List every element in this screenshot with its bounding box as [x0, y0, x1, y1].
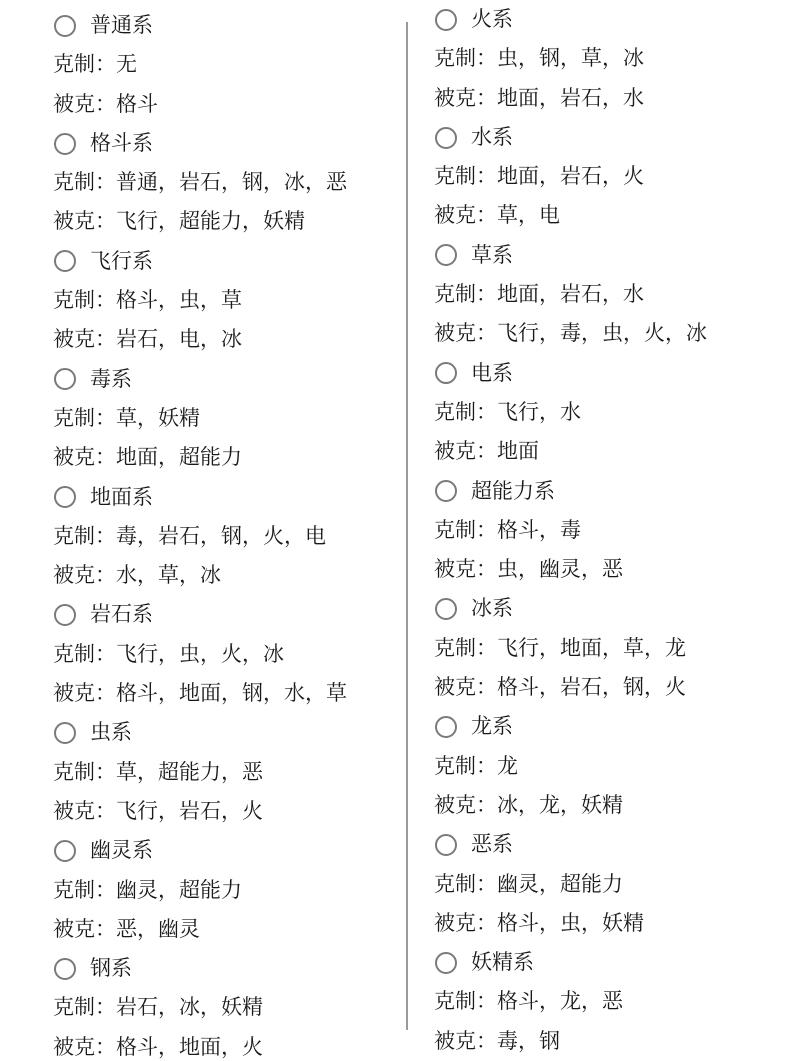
type-name: 火系 [471, 0, 513, 39]
type-heading: 水系 [434, 118, 707, 157]
counter-values: 地面，岩石，火 [497, 164, 644, 188]
weak-values: 格斗，虫，妖精 [497, 911, 644, 935]
weak-line: 被克：地面 [434, 432, 707, 471]
type-entry: 水系 克制：地面，岩石，火 被克：草，电 [434, 118, 707, 236]
weak-line: 被克：地面，岩石，水 [434, 79, 707, 118]
counter-values: 飞行，虫，火，冰 [116, 642, 284, 666]
radio-circle-icon[interactable] [54, 958, 76, 980]
type-name: 超能力系 [471, 472, 555, 511]
weak-label: 被克： [53, 799, 116, 823]
counter-label: 克制： [53, 288, 116, 312]
type-name: 水系 [471, 118, 513, 157]
weak-values: 毒，钢 [497, 1029, 560, 1053]
counter-values: 普通，岩石，钢，冰，恶 [116, 170, 347, 194]
weak-values: 飞行，岩石，火 [116, 799, 263, 823]
type-name: 虫系 [90, 713, 132, 752]
radio-circle-icon[interactable] [435, 244, 457, 266]
counter-line: 克制：幽灵，超能力 [53, 871, 347, 910]
type-entry: 草系 克制：地面，岩石，水 被克：飞行，毒，虫，火，冰 [434, 236, 707, 354]
type-entry: 毒系 克制：草，妖精 被克：地面，超能力 [53, 360, 347, 478]
type-heading: 飞行系 [53, 242, 347, 281]
counter-label: 克制： [434, 518, 497, 542]
type-heading: 恶系 [434, 825, 707, 864]
counter-label: 克制： [53, 524, 116, 548]
counter-label: 克制： [53, 995, 116, 1019]
type-entry: 虫系 克制：草，超能力，恶 被克：飞行，岩石，火 [53, 713, 347, 831]
type-entry: 地面系 克制：毒，岩石，钢，火，电 被克：水，草，冰 [53, 478, 347, 596]
weak-line: 被克：地面，超能力 [53, 438, 347, 477]
type-entry: 电系 克制：飞行，水 被克：地面 [434, 354, 707, 472]
type-entry: 格斗系 克制：普通，岩石，钢，冰，恶 被克：飞行，超能力，妖精 [53, 124, 347, 242]
weak-values: 冰，龙，妖精 [497, 793, 623, 817]
weak-line: 被克：格斗，地面，火 [53, 1028, 347, 1061]
counter-line: 克制：飞行，虫，火，冰 [53, 635, 347, 674]
counter-label: 克制： [434, 400, 497, 424]
weak-values: 虫，幽灵，恶 [497, 557, 623, 581]
radio-circle-icon[interactable] [435, 480, 457, 502]
radio-circle-icon[interactable] [435, 127, 457, 149]
radio-circle-icon[interactable] [54, 250, 76, 272]
type-entry: 钢系 克制：岩石，冰，妖精 被克：格斗，地面，火 [53, 949, 347, 1061]
type-name: 冰系 [471, 589, 513, 628]
counter-values: 幽灵，超能力 [497, 872, 623, 896]
weak-label: 被克： [53, 1035, 116, 1059]
weak-line: 被克：格斗，地面，钢，水，草 [53, 674, 347, 713]
counter-label: 克制： [53, 642, 116, 666]
weak-values: 飞行，毒，虫，火，冰 [497, 321, 707, 345]
counter-values: 岩石，冰，妖精 [116, 995, 263, 1019]
counter-line: 克制：格斗，龙，恶 [434, 982, 707, 1021]
weak-values: 格斗 [116, 92, 158, 116]
counter-line: 克制：毒，岩石，钢，火，电 [53, 517, 347, 556]
counter-label: 克制： [434, 636, 497, 660]
type-entry: 幽灵系 克制：幽灵，超能力 被克：恶，幽灵 [53, 831, 347, 949]
counter-values: 格斗，毒 [497, 518, 581, 542]
weak-values: 格斗，地面，火 [116, 1035, 263, 1059]
weak-label: 被克： [53, 917, 116, 941]
weak-values: 恶，幽灵 [116, 917, 200, 941]
weak-label: 被克： [434, 557, 497, 581]
type-heading: 龙系 [434, 707, 707, 746]
radio-circle-icon[interactable] [435, 952, 457, 974]
weak-line: 被克：格斗 [53, 85, 347, 124]
radio-circle-icon[interactable] [54, 368, 76, 390]
type-heading: 钢系 [53, 949, 347, 988]
weak-values: 格斗，岩石，钢，火 [497, 675, 686, 699]
radio-circle-icon[interactable] [435, 834, 457, 856]
counter-values: 幽灵，超能力 [116, 878, 242, 902]
type-heading: 普通系 [53, 6, 347, 45]
type-name: 电系 [471, 354, 513, 393]
type-name: 飞行系 [90, 242, 153, 281]
type-entry: 恶系 克制：幽灵，超能力 被克：格斗，虫，妖精 [434, 825, 707, 943]
type-name: 格斗系 [90, 124, 153, 163]
radio-circle-icon[interactable] [54, 722, 76, 744]
type-entry: 火系 克制：虫，钢，草，冰 被克：地面，岩石，水 [434, 0, 707, 118]
counter-line: 克制：地面，岩石，火 [434, 157, 707, 196]
counter-line: 克制：飞行，水 [434, 393, 707, 432]
weak-line: 被克：恶，幽灵 [53, 910, 347, 949]
counter-values: 无 [116, 52, 137, 76]
weak-label: 被克： [434, 793, 497, 817]
weak-label: 被克： [53, 92, 116, 116]
weak-label: 被克： [434, 203, 497, 227]
weak-label: 被克： [434, 1029, 497, 1053]
type-entry: 冰系 克制：飞行，地面，草，龙 被克：格斗，岩石，钢，火 [434, 589, 707, 707]
weak-line: 被克：虫，幽灵，恶 [434, 550, 707, 589]
right-column: 火系 克制：虫，钢，草，冰 被克：地面，岩石，水 水系 克制：地面，岩石，火 被… [434, 0, 707, 1061]
type-name: 龙系 [471, 707, 513, 746]
type-name: 草系 [471, 236, 513, 275]
weak-label: 被克： [53, 327, 116, 351]
type-name: 地面系 [90, 478, 153, 517]
type-heading: 岩石系 [53, 595, 347, 634]
weak-line: 被克：格斗，虫，妖精 [434, 904, 707, 943]
weak-label: 被克： [434, 86, 497, 110]
counter-values: 龙 [497, 754, 518, 778]
type-heading: 火系 [434, 0, 707, 39]
type-heading: 幽灵系 [53, 831, 347, 870]
counter-label: 克制： [53, 406, 116, 430]
counter-line: 克制：无 [53, 45, 347, 84]
counter-line: 克制：格斗，虫，草 [53, 281, 347, 320]
counter-values: 飞行，水 [497, 400, 581, 424]
type-entry: 飞行系 克制：格斗，虫，草 被克：岩石，电，冰 [53, 242, 347, 360]
counter-label: 克制： [53, 878, 116, 902]
type-name: 毒系 [90, 360, 132, 399]
radio-circle-icon[interactable] [435, 9, 457, 31]
counter-values: 草，超能力，恶 [116, 760, 263, 784]
counter-label: 克制： [53, 760, 116, 784]
counter-line: 克制：格斗，毒 [434, 511, 707, 550]
counter-values: 飞行，地面，草，龙 [497, 636, 686, 660]
weak-values: 地面 [497, 439, 539, 463]
counter-line: 克制：草，妖精 [53, 399, 347, 438]
radio-circle-icon[interactable] [54, 15, 76, 37]
type-heading: 虫系 [53, 713, 347, 752]
counter-values: 草，妖精 [116, 406, 200, 430]
weak-label: 被克： [53, 681, 116, 705]
weak-line: 被克：飞行，毒，虫，火，冰 [434, 314, 707, 353]
type-name: 岩石系 [90, 595, 153, 634]
radio-circle-icon[interactable] [435, 716, 457, 738]
counter-values: 毒，岩石，钢，火，电 [116, 524, 326, 548]
weak-values: 岩石，电，冰 [116, 327, 242, 351]
weak-line: 被克：飞行，岩石，火 [53, 792, 347, 831]
counter-label: 克制： [434, 46, 497, 70]
type-entry: 妖精系 克制：格斗，龙，恶 被克：毒，钢 [434, 943, 707, 1061]
counter-label: 克制： [434, 164, 497, 188]
type-name: 妖精系 [471, 943, 534, 982]
counter-line: 克制：飞行，地面，草，龙 [434, 629, 707, 668]
radio-circle-icon[interactable] [54, 486, 76, 508]
weak-values: 水，草，冰 [116, 563, 221, 587]
weak-line: 被克：岩石，电，冰 [53, 320, 347, 359]
weak-line: 被克：毒，钢 [434, 1022, 707, 1061]
weak-label: 被克： [434, 911, 497, 935]
counter-line: 克制：虫，钢，草，冰 [434, 39, 707, 78]
type-entry: 龙系 克制：龙 被克：冰，龙，妖精 [434, 707, 707, 825]
type-name: 普通系 [90, 6, 153, 45]
weak-label: 被克： [434, 675, 497, 699]
radio-circle-icon[interactable] [435, 362, 457, 384]
radio-circle-icon[interactable] [54, 133, 76, 155]
counter-values: 格斗，虫，草 [116, 288, 242, 312]
counter-label: 克制： [53, 170, 116, 194]
weak-label: 被克： [53, 209, 116, 233]
counter-label: 克制： [434, 872, 497, 896]
weak-line: 被克：草，电 [434, 196, 707, 235]
counter-line: 克制：地面，岩石，水 [434, 275, 707, 314]
radio-circle-icon[interactable] [435, 598, 457, 620]
type-heading: 格斗系 [53, 124, 347, 163]
counter-label: 克制： [434, 989, 497, 1013]
type-name: 幽灵系 [90, 831, 153, 870]
weak-label: 被克： [53, 445, 116, 469]
weak-line: 被克：冰，龙，妖精 [434, 786, 707, 825]
radio-circle-icon[interactable] [54, 604, 76, 626]
type-heading: 地面系 [53, 478, 347, 517]
weak-values: 地面，岩石，水 [497, 86, 644, 110]
column-divider [406, 22, 408, 1030]
weak-label: 被克： [53, 563, 116, 587]
counter-label: 克制： [434, 282, 497, 306]
type-entry: 岩石系 克制：飞行，虫，火，冰 被克：格斗，地面，钢，水，草 [53, 595, 347, 713]
weak-values: 飞行，超能力，妖精 [116, 209, 305, 233]
counter-label: 克制： [53, 52, 116, 76]
counter-line: 克制：幽灵，超能力 [434, 865, 707, 904]
type-heading: 电系 [434, 354, 707, 393]
counter-values: 虫，钢，草，冰 [497, 46, 644, 70]
radio-circle-icon[interactable] [54, 840, 76, 862]
type-heading: 毒系 [53, 360, 347, 399]
counter-line: 克制：岩石，冰，妖精 [53, 988, 347, 1027]
weak-values: 地面，超能力 [116, 445, 242, 469]
counter-label: 克制： [434, 754, 497, 778]
counter-values: 格斗，龙，恶 [497, 989, 623, 1013]
weak-values: 草，电 [497, 203, 560, 227]
type-heading: 冰系 [434, 589, 707, 628]
left-column: 普通系 克制：无 被克：格斗 格斗系 克制：普通，岩石，钢，冰，恶 被克：飞行，… [53, 6, 347, 1061]
weak-label: 被克： [434, 321, 497, 345]
type-name: 恶系 [471, 825, 513, 864]
counter-line: 克制：普通，岩石，钢，冰，恶 [53, 163, 347, 202]
weak-line: 被克：水，草，冰 [53, 556, 347, 595]
type-heading: 妖精系 [434, 943, 707, 982]
type-heading: 草系 [434, 236, 707, 275]
weak-line: 被克：飞行，超能力，妖精 [53, 202, 347, 241]
type-name: 钢系 [90, 949, 132, 988]
counter-line: 克制：龙 [434, 747, 707, 786]
type-entry: 超能力系 克制：格斗，毒 被克：虫，幽灵，恶 [434, 472, 707, 590]
counter-line: 克制：草，超能力，恶 [53, 753, 347, 792]
weak-line: 被克：格斗，岩石，钢，火 [434, 668, 707, 707]
type-heading: 超能力系 [434, 472, 707, 511]
weak-values: 格斗，地面，钢，水，草 [116, 681, 347, 705]
type-entry: 普通系 克制：无 被克：格斗 [53, 6, 347, 124]
weak-label: 被克： [434, 439, 497, 463]
counter-values: 地面，岩石，水 [497, 282, 644, 306]
